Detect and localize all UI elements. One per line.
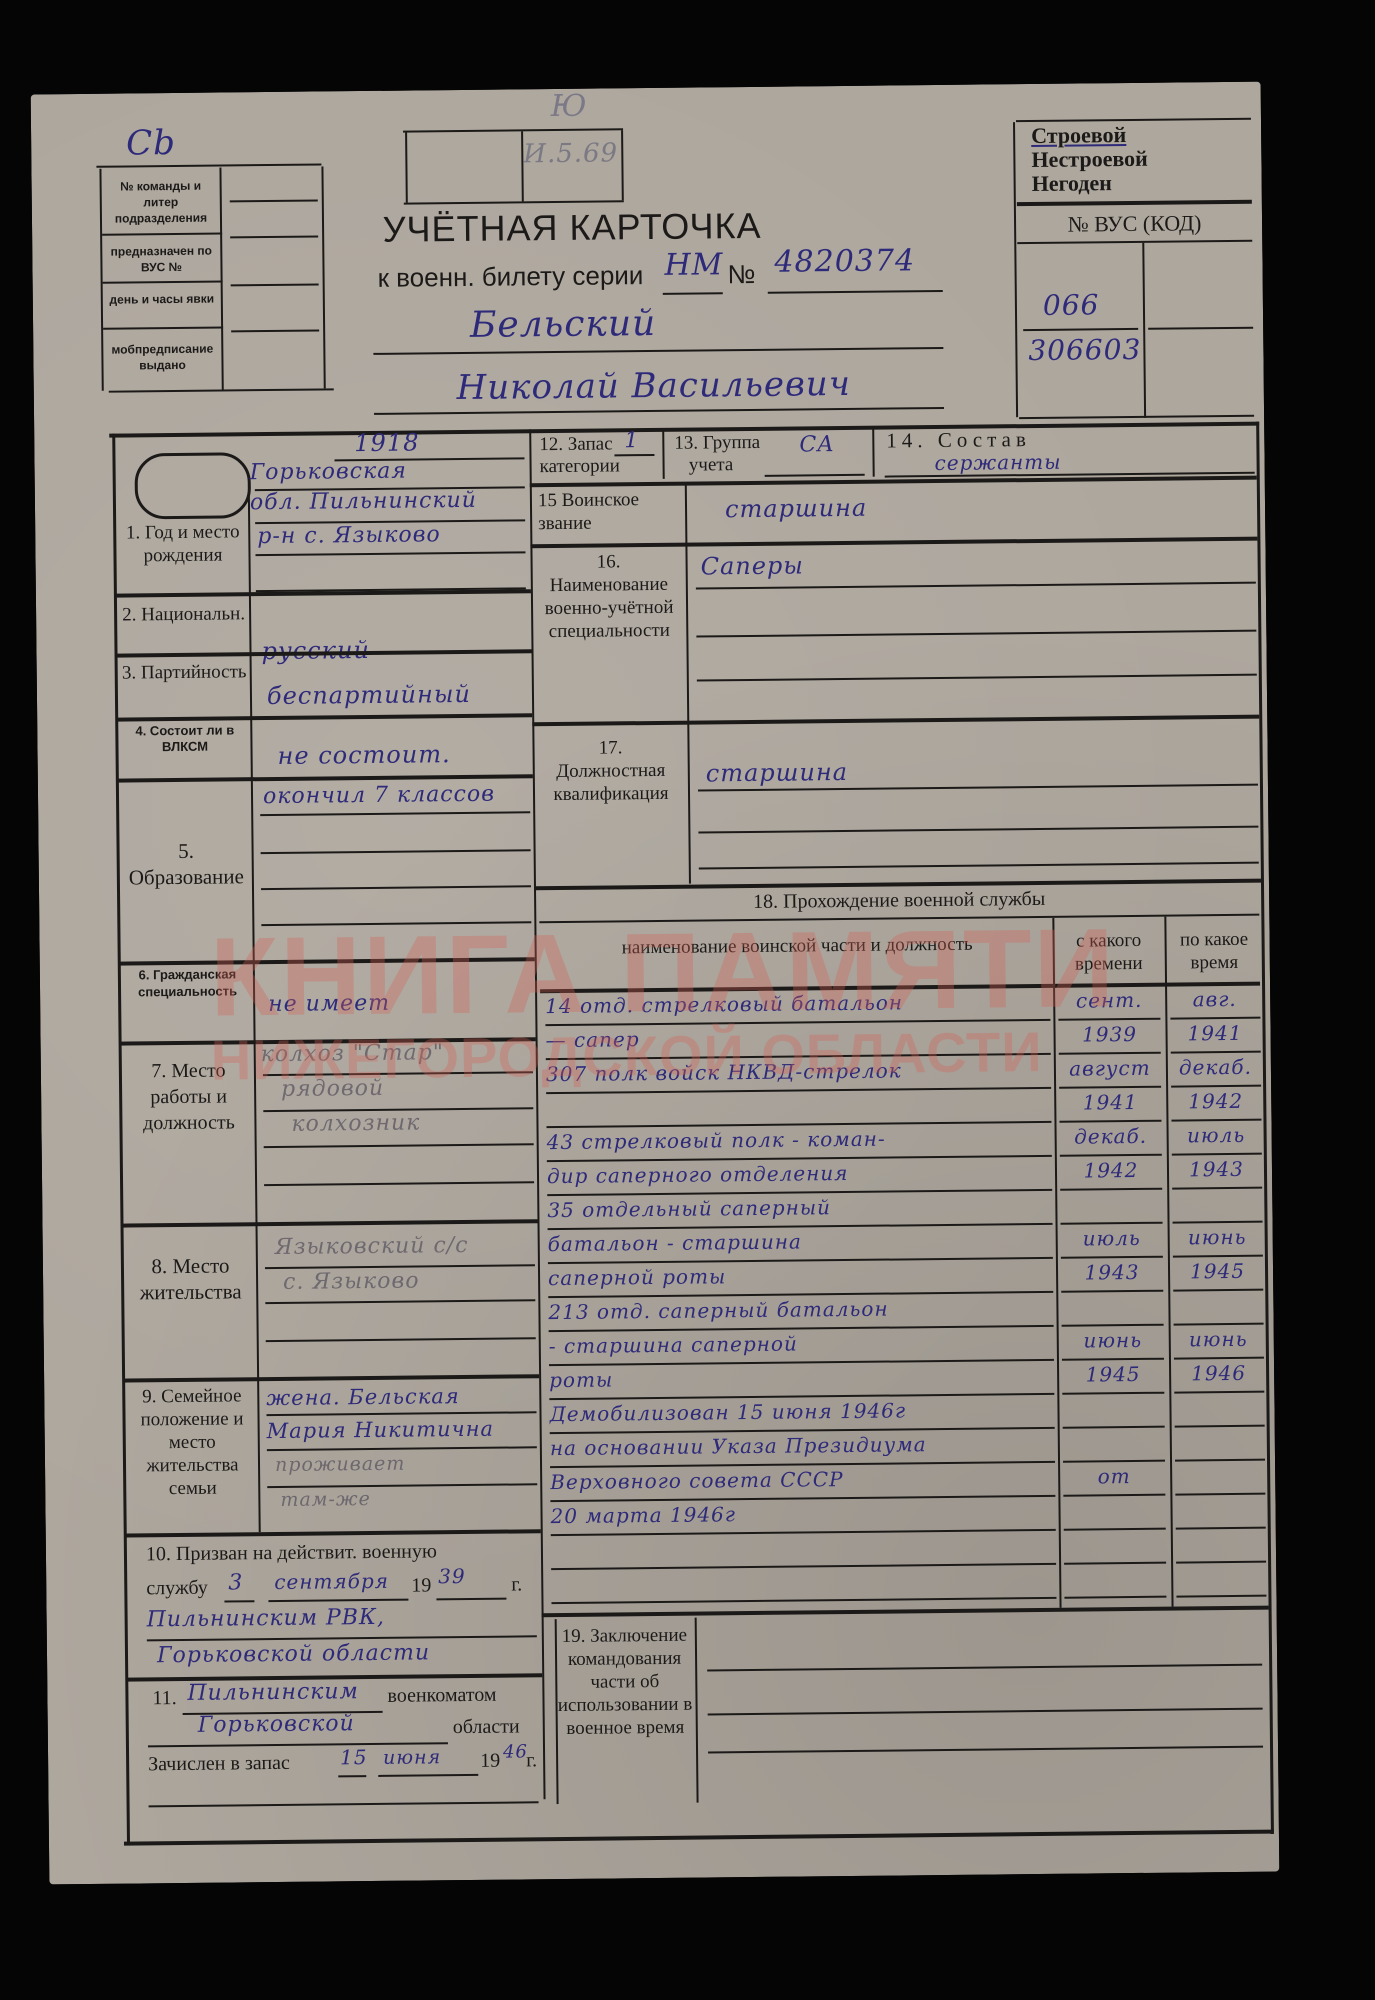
service-row: Верховного совета СССРот [31,82,1261,95]
service-col-from: с какого времени [1054,929,1162,976]
label-work: 7. Место работы и должность [126,1057,252,1136]
service-title: 18. Прохождение военной службы [539,886,1259,917]
conscription-label-line1: 10. Призван на действит. военную [146,1540,437,1566]
service-row: 213 отд. саперный батальон [31,82,1261,95]
top-stamp-note: И.5.69 [523,138,618,169]
reserve-day: 15 [340,1745,368,1769]
stamp-label-command: № команды и литер подразделения [102,178,220,227]
service-from [1058,1294,1166,1295]
card-title: УЧЁТНАЯ КАРТОЧКА [362,205,782,251]
service-unit: — сапер [545,1023,1050,1052]
civil-specialty-value: не имеет [268,991,390,1017]
family-line3: проживает [275,1453,406,1476]
label-group: 13. Группа учета [674,432,760,477]
service-unit: - старшина саперной [549,1329,1054,1358]
label-specialty: 16.Наименование военно-учётной специальн… [533,550,684,644]
label-nationality: 2. Национальн. [121,602,246,626]
reserve-month: июня [383,1746,441,1769]
service-unit: роты [549,1363,1054,1392]
service-unit: батальон - старшина [548,1227,1053,1256]
ticket-no-label: № [727,259,755,290]
service-to [1171,1395,1266,1396]
service-row: батальон - старшинаиюльиюнь [31,82,1261,95]
education-value: окончил 7 классов [263,782,495,809]
service-row [31,82,1261,95]
registration-card: Cb № команды и литер подразделения предн… [31,82,1280,1885]
top-stamp-superscript: Ю [551,89,588,124]
label-education: 5. Образование [123,837,249,890]
reserve-region-suffix: области [453,1715,520,1739]
service-to: 1943 [1169,1157,1264,1182]
conscription-year-end: г. [511,1573,522,1596]
photo-stamp-oval [134,452,251,519]
ticket-series: НМ [664,247,723,283]
top-stamp-box: И.5.69 Ю [31,82,1261,95]
service-to [1172,1429,1267,1430]
service-to: декаб. [1168,1055,1263,1080]
ticket-number: 4820374 [774,243,915,279]
family-line2: Мария Никитична [267,1417,495,1443]
qualification-value: старшина [706,758,848,787]
service-to: 1941 [1167,1021,1262,1046]
conscription-day: 3 [228,1570,243,1595]
label-conclusion: 19. Заключение командования части об исп… [557,1624,693,1740]
service-col-unit: наименование воинской части и должность [545,932,1050,960]
service-col-to: по какое время [1166,928,1261,975]
reserve-num: 11. [152,1687,177,1710]
service-rows: 14 отд. стрелковый батальонсент.авг.— са… [31,82,1261,95]
conscription-label-line2: службу [146,1577,208,1601]
work-line3: колхозник [291,1110,420,1136]
service-unit: дир саперного отделения [547,1159,1052,1188]
conscription-month: сентября [274,1569,389,1594]
fitness-option-stroevoy: Строевой [1031,123,1126,148]
family-line1: жена. Бельская [266,1384,460,1410]
service-unit: 14 отд. стрелковый батальон [545,989,1050,1018]
label-vlksm: 4. Состоит ли в ВЛКСМ [122,722,247,755]
label-party: 3. Партийность [122,660,247,684]
service-from: 1943 [1058,1260,1166,1285]
corner-note: Cb [126,123,176,164]
vus-number: 306603 [1028,333,1141,367]
service-from: декаб. [1057,1124,1165,1149]
service-unit: 213 отд. саперный батальон [548,1295,1053,1324]
service-to [1173,1531,1268,1532]
birth-place-line2: обл. Пильнинский [250,488,477,515]
service-unit: Демобилизован 15 июня 1946г [549,1397,1054,1426]
service-from: 1939 [1055,1022,1163,1047]
service-unit: саперной роты [548,1261,1053,1290]
service-from [1057,1192,1165,1193]
service-from: июль [1058,1226,1166,1251]
service-row [31,82,1261,95]
vus-label: № ВУС (КОД) [1022,210,1247,238]
birth-place-line1: Горьковская [250,459,407,486]
service-to: 1942 [1168,1089,1263,1114]
service-to: июль [1169,1123,1264,1148]
vlksm-value: не состоит. [277,740,450,770]
stamp-label-day: день и часы явки [103,291,221,308]
service-to [1169,1191,1264,1192]
service-row: 307 полк войск НКВД-стрелокавгустдекаб. [31,82,1261,95]
label-civil-specialty: 6. Гражданская специальность [125,965,250,1000]
service-from: сент. [1055,988,1163,1013]
service-row: роты19451946 [31,82,1261,95]
stamp-label-mob: мобпредписание выдано [103,341,221,374]
composition-value: сержанты [934,450,1061,475]
reserve-office-suffix: военкоматом [387,1684,496,1708]
conscription-by-line1: Пильнинским РВК, [147,1605,386,1632]
conscription-by-line2: Горьковской области [157,1640,430,1668]
birth-year: 1918 [354,428,419,457]
fitness-option-negoden: Негоден [1032,171,1113,196]
specialty-value: Саперы [700,551,804,580]
service-from: 1945 [1059,1362,1167,1387]
service-from: июнь [1059,1328,1167,1353]
service-from: 1941 [1056,1090,1164,1115]
reserve-year-end: г. [526,1749,537,1772]
service-to [1172,1463,1267,1464]
service-row: 14 отд. стрелковый батальонсент.авг. [31,82,1261,95]
service-from [1061,1532,1169,1533]
conscription-year: 39 [438,1564,466,1588]
service-to: 1946 [1171,1361,1266,1386]
service-row: 20 марта 1946г [31,82,1261,95]
service-to: авг. [1167,987,1262,1012]
service-unit: Верховного совета СССР [550,1465,1055,1494]
party-value: беспартийный [267,680,471,710]
service-from [1061,1566,1169,1567]
label-reserve-category: 12. Запаскатегории [539,433,620,478]
service-to: 1945 [1170,1259,1265,1284]
stamp-table: № команды и литер подразделения предназн… [31,82,1261,95]
service-unit: 20 марта 1946г [550,1499,1055,1528]
stamp-label-vus: предназначен по ВУС № [102,243,220,276]
service-unit: на основании Указа Президиума [550,1431,1055,1460]
service-row: — сапер19391941 [31,82,1261,95]
reserve-year: 46 [503,1741,528,1762]
residence-line2: с. Языково [283,1268,420,1294]
birth-place-line3: р-н с. Языково [257,522,441,549]
service-from: от [1060,1464,1168,1489]
service-from [1060,1430,1168,1431]
label-rank: 15 Воинское звание [538,488,668,535]
fitness-box: Строевой Нестроевой Негоден № ВУС (КОД) … [31,82,1261,95]
family-line4: там-же [280,1488,371,1511]
service-to [1172,1497,1267,1498]
reserve-enrolled-label: Зачислен в запас [148,1752,290,1776]
name-patronymic: Николай Васильевич [374,363,934,409]
service-unit: 307 полк войск НКВД-стрелок [546,1057,1051,1086]
service-row: саперной роты19431945 [31,82,1261,95]
service-from [1060,1498,1168,1499]
service-row: 35 отдельный саперный [31,82,1261,95]
reserve-military-office: Пильнинским [187,1679,359,1706]
service-to [1173,1565,1268,1566]
fitness-option-nestroevoy: Нестроевой [1031,147,1148,172]
service-to: июнь [1170,1225,1265,1250]
service-row: - старшина сапернойиюньиюнь [31,82,1261,95]
label-birth: 1. Год и место рождения [120,520,245,567]
reserve-year-prefix: 19 [480,1750,500,1773]
service-from: 1942 [1057,1158,1165,1183]
service-to [1170,1293,1265,1294]
service-unit: 43 стрелковый полк - коман- [547,1125,1052,1154]
service-row: на основании Указа Президиума [31,82,1261,95]
label-family: 9. Семейное положение и место жительства… [129,1384,255,1500]
service-row: Демобилизован 15 июня 1946г [31,82,1261,95]
group-value: СА [799,432,835,457]
service-from: август [1056,1056,1164,1081]
service-to: июнь [1171,1327,1266,1352]
ticket-prefix: к военн. билету серии [377,260,643,294]
service-row: дир саперного отделения19421943 [31,82,1261,95]
service-row: 43 стрелковый полк - коман-декаб.июль [31,82,1261,95]
service-from [1059,1396,1167,1397]
vus-code: 066 [1043,288,1100,322]
reserve-region: Горьковской [198,1711,355,1738]
surname: Бельский [373,302,753,347]
reserve-category-value: 1 [624,428,639,453]
residence-line1: Языковский с/с [275,1233,469,1260]
service-unit: 35 отдельный саперный [547,1193,1052,1222]
work-line2: рядовой [281,1076,384,1102]
rank-value: старшина [725,494,867,523]
work-line1: колхоз "Стар" [261,1040,444,1067]
conscription-year-prefix: 19 [411,1574,431,1597]
label-qualification: 17.Должностная квалификация [535,736,686,807]
service-row: 19411942 [31,82,1261,95]
label-residence: 8. Место жительства [128,1252,254,1305]
